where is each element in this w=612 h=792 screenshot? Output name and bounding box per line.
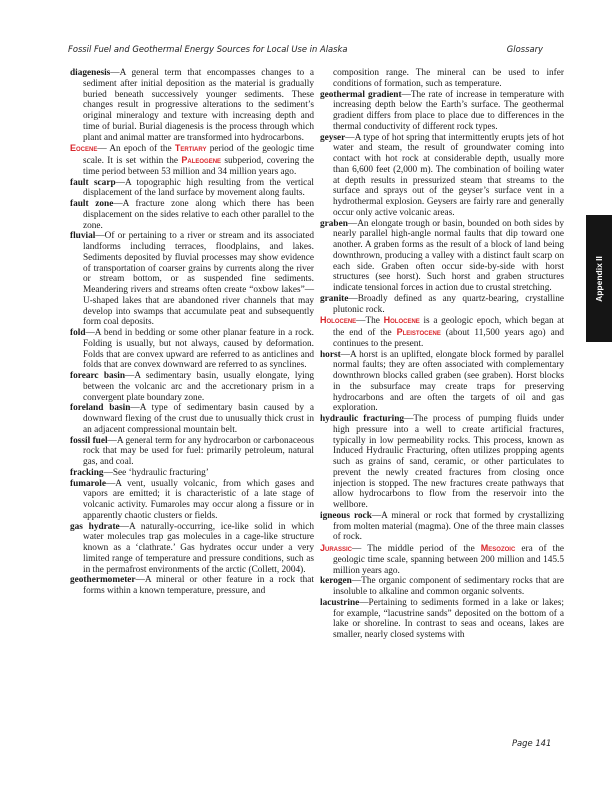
glossary-definition: composition range. The mineral can be us… <box>333 68 564 89</box>
glossary-entry: foreland basin—A type of sedimentary bas… <box>70 403 314 435</box>
page-number: Page 141 <box>512 738 551 748</box>
glossary-definition: —Of or pertaining to a river or stream a… <box>83 231 314 327</box>
glossary-definition: —See ‘hydraulic fracturing’ <box>104 468 209 478</box>
glossary-term: hydraulic fracturing <box>320 414 404 424</box>
glossary-term: diagenesis <box>70 68 110 78</box>
glossary-entry: igneous rock—A mineral or rock that form… <box>320 511 564 543</box>
glossary-entry: diagenesis—A general term that encompass… <box>70 68 314 143</box>
glossary-definition: —A horst is an uplifted, elongate block … <box>333 350 564 414</box>
era-reference: Holocene <box>384 315 420 325</box>
glossary-entry: hydraulic fracturing—The process of pump… <box>320 414 564 511</box>
appendix-tab-label: Appendix II <box>594 256 604 302</box>
glossary-entry: lacustrine—Pertaining to sediments forme… <box>320 598 564 641</box>
glossary-entry: granite—Broadly defined as any quartz-be… <box>320 294 564 316</box>
glossary-term: geothermal gradient <box>320 90 402 100</box>
glossary-entry: fluvial—Of or pertaining to a river or s… <box>70 231 314 328</box>
glossary-term: fold <box>70 328 86 338</box>
glossary-entry: horst—A horst is an uplifted, elongate b… <box>320 350 564 415</box>
document-title: Fossil Fuel and Geothermal Energy Source… <box>68 44 348 54</box>
glossary-definition: —A general term that encompasses changes… <box>83 68 314 143</box>
era-reference: Pleistocene <box>397 327 441 337</box>
section-title: Glossary <box>507 44 543 54</box>
glossary-definition: —A bend in bedding or some other planar … <box>83 328 314 370</box>
glossary-entry: Holocene—The Holocene is a geologic epoc… <box>320 315 564 349</box>
glossary-entry: composition range. The mineral can be us… <box>320 68 564 90</box>
glossary-definition: —The organic component of sedimentary ro… <box>333 576 564 597</box>
glossary-definition: — An epoch of the <box>97 144 175 154</box>
glossary-term: gas hydrate <box>70 522 120 532</box>
glossary-column-right: composition range. The mineral can be us… <box>320 68 564 641</box>
glossary-term: fluvial <box>70 231 95 241</box>
glossary-entry: geyser—A type of hot spring that intermi… <box>320 133 564 219</box>
glossary-term: fault zone <box>70 199 113 209</box>
glossary-term: fossil fuel <box>70 436 108 446</box>
glossary-term: geyser <box>320 133 345 143</box>
glossary-entry: forearc basin—A sedimentary basin, usual… <box>70 371 314 403</box>
glossary-entry: kerogen—The organic component of sedimen… <box>320 576 564 598</box>
glossary-term: fault scarp <box>70 178 116 188</box>
glossary-definition: —The process of pumping fluids under hig… <box>333 414 564 510</box>
glossary-entry: geothermometer—A mineral or other featur… <box>70 575 314 597</box>
glossary-entry: fault zone—A fracture zone along which t… <box>70 199 314 231</box>
glossary-definition: —A fracture zone along which there has b… <box>83 199 314 231</box>
glossary-entry: fold—A bend in bedding or some other pla… <box>70 328 314 371</box>
glossary-definition: —An elongate trough or basin, bounded on… <box>333 219 564 294</box>
era-reference: Mesozoic <box>481 543 516 553</box>
glossary-entry: Eocene— An epoch of the Tertiary period … <box>70 143 314 177</box>
glossary-entry: geothermal gradient—The rate of increase… <box>320 90 564 133</box>
glossary-column-left: diagenesis—A general term that encompass… <box>70 68 314 597</box>
glossary-definition: —Broadly defined as any quartz-bearing, … <box>333 294 564 315</box>
glossary-entry: Jurassic— The middle period of the Mesoz… <box>320 543 564 576</box>
glossary-term: igneous rock <box>320 511 372 521</box>
appendix-tab: Appendix II <box>586 215 612 342</box>
era-reference: Paleogene <box>181 155 221 165</box>
glossary-definition: —A general term for any hydrocarbon or c… <box>83 436 314 468</box>
glossary-entry: graben—An elongate trough or basin, boun… <box>320 219 564 294</box>
era-reference: Tertiary <box>175 143 207 153</box>
glossary-term: graben <box>320 219 348 229</box>
glossary-definition: —A type of hot spring that intermittentl… <box>333 133 564 218</box>
glossary-term: kerogen <box>320 576 352 586</box>
glossary-entry: gas hydrate—A naturally-occurring, ice-l… <box>70 522 314 576</box>
glossary-entry: fumarole—A vent, usually volcanic, from … <box>70 479 314 522</box>
glossary-term: forearc basin <box>70 371 125 381</box>
glossary-term: lacustrine <box>320 598 359 608</box>
glossary-entry: fracking—See ‘hydraulic fracturing’ <box>70 468 314 479</box>
glossary-term: fracking <box>70 468 104 478</box>
glossary-term: fumarole <box>70 479 106 489</box>
glossary-definition: —A topographic high resulting from the v… <box>83 178 314 199</box>
glossary-term: foreland basin <box>70 403 130 413</box>
glossary-term: Eocene <box>70 143 97 153</box>
glossary-entry: fossil fuel—A general term for any hydro… <box>70 436 314 468</box>
glossary-definition: — The middle period of the <box>352 544 481 554</box>
glossary-definition: —A vent, usually volcanic, from which ga… <box>83 479 314 521</box>
glossary-term: Holocene <box>320 315 356 325</box>
glossary-definition: —The <box>356 316 383 326</box>
glossary-term: Jurassic <box>320 543 352 553</box>
page-header: Fossil Fuel and Geothermal Energy Source… <box>68 44 543 54</box>
glossary-term: granite <box>320 294 348 304</box>
glossary-term: geothermometer <box>70 575 136 585</box>
glossary-term: horst <box>320 350 341 360</box>
glossary-entry: fault scarp—A topographic high resulting… <box>70 178 314 200</box>
glossary-definition: —Pertaining to sediments formed in a lak… <box>333 598 564 640</box>
